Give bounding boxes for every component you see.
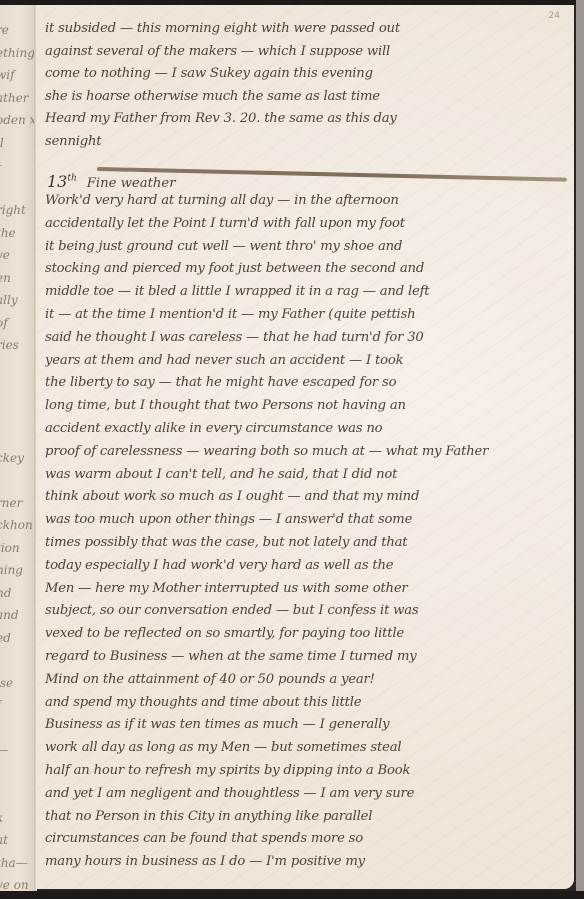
handwritten-line: proof of carelessness — wearing both so … — [45, 444, 565, 459]
handwritten-line: many hours in business as I do — I'm pos… — [45, 854, 565, 869]
handwritten-line: was too much upon other things — I answe… — [45, 512, 565, 527]
handwritten-line: subject, so our conversation ended — but… — [45, 603, 565, 618]
handwritten-line: come to nothing — I saw Sukey again this… — [45, 66, 565, 81]
handwritten-line: stocking and pierced my foot just betwee… — [45, 261, 565, 276]
handwritten-line: half an hour to refresh my spirits by di… — [45, 763, 565, 778]
handwritten-line: the liberty to say — that he might have … — [45, 375, 565, 390]
handwritten-line: Business as if it was ten times as much … — [45, 717, 565, 732]
previous-page-fragment: lse — [0, 676, 13, 690]
handwritten-line: was warm about I can't tell, and he said… — [45, 467, 565, 482]
previous-page-fragment: right — [0, 203, 26, 217]
previous-page-fragment: oden x — [0, 113, 34, 127]
handwritten-line: today especially I had work'd very hard … — [45, 558, 565, 573]
handwritten-line: it — at the time I mention'd it — my Fat… — [45, 307, 565, 322]
handwritten-line: middle toe — it bled a little I wrapped … — [45, 284, 565, 299]
handwritten-line: Mind on the attainment of 40 or 50 pound… — [45, 672, 565, 687]
handwritten-line: work all day as long as my Men — but som… — [45, 740, 565, 755]
handwritten-line: long time, but I thought that two Person… — [45, 398, 565, 413]
previous-page-fragment: – — [0, 158, 2, 172]
handwritten-line: that no Person in this City in anything … — [45, 809, 565, 824]
previous-page-fragment: ries — [0, 338, 19, 352]
previous-page-fragment: rner — [0, 496, 22, 510]
scan-bottom-border — [0, 891, 584, 899]
page-number: 24 — [549, 11, 560, 21]
previous-page-fragment: k — [0, 811, 3, 825]
previous-page-fragment: ething — [0, 46, 34, 60]
entry-date-heading: 13thFine weather — [47, 172, 176, 191]
handwritten-line: Men — here my Mother interrupted us with… — [45, 581, 565, 596]
previous-page-fragment: tion — [0, 541, 20, 555]
previous-page-fragment: ning — [0, 563, 23, 577]
handwritten-line: sennight — [45, 134, 565, 149]
previous-page-fragment: — — [0, 743, 8, 757]
handwritten-line: think about work so much as I ought — an… — [45, 489, 565, 504]
previous-page-fragment: and — [0, 608, 19, 622]
scan-right-border — [576, 0, 584, 899]
handwritten-line: said he thought I was careless — that he… — [45, 330, 565, 345]
previous-page-edge: reethingwifatheroden xll–righttheveenall… — [0, 5, 34, 891]
diary-page: 24 it subsided — this morning eight with… — [37, 5, 574, 889]
handwritten-line: Heard my Father from Rev 3. 20. the same… — [45, 111, 565, 126]
previous-page-fragment: at — [0, 833, 8, 847]
handwritten-line: accidentally let the Point I turn'd with… — [45, 216, 565, 231]
previous-page-fragment: ckhon — [0, 518, 33, 532]
entry-date: 13 — [47, 172, 67, 191]
handwritten-line: it being just ground cut well — went thr… — [45, 239, 565, 254]
handwritten-line: circumstances can be found that spends m… — [45, 831, 565, 846]
document-scan: reethingwifatheroden xll–righttheveenall… — [0, 0, 584, 899]
handwritten-line: she is hoarse otherwise much the same as… — [45, 89, 565, 104]
entry-weather: Fine weather — [87, 176, 176, 191]
handwritten-line: regard to Business — when at the same ti… — [45, 649, 565, 664]
previous-page-fragment: tha— — [0, 856, 28, 870]
previous-page-fragment: en — [0, 271, 11, 285]
previous-page-fragment: ve on — [0, 878, 29, 891]
entry-date-suffix: th — [67, 174, 76, 184]
previous-page-fragment: ll — [0, 136, 4, 150]
previous-page-fragment: re — [0, 23, 9, 37]
previous-page-fragment: ckey — [0, 451, 24, 465]
handwritten-line: years at them and had never such an acci… — [45, 353, 565, 368]
previous-page-fragment: of — [0, 316, 8, 330]
handwritten-line: times possibly that was the case, but no… — [45, 535, 565, 550]
handwritten-line: against several of the makers — which I … — [45, 44, 565, 59]
previous-page-fragment: ather — [0, 91, 29, 105]
previous-page-fragment: nd — [0, 586, 11, 600]
handwritten-line: and spend my thoughts and time about thi… — [45, 695, 565, 710]
handwritten-line: Work'd very hard at turning all day — in… — [45, 193, 565, 208]
previous-page-fragment: ed — [0, 631, 11, 645]
handwritten-line: and yet I am negligent and thoughtless —… — [45, 786, 565, 801]
handwritten-line: accident exactly alike in every circumst… — [45, 421, 565, 436]
handwritten-line: it subsided — this morning eight with we… — [45, 21, 565, 36]
previous-page-fragment: wif — [0, 68, 15, 82]
handwritten-line: vexed to be reflected on so smartly, for… — [45, 626, 565, 641]
previous-page-fragment: the — [0, 226, 16, 240]
previous-page-fragment: ve — [0, 248, 10, 262]
previous-page-fragment: ally — [0, 293, 18, 307]
